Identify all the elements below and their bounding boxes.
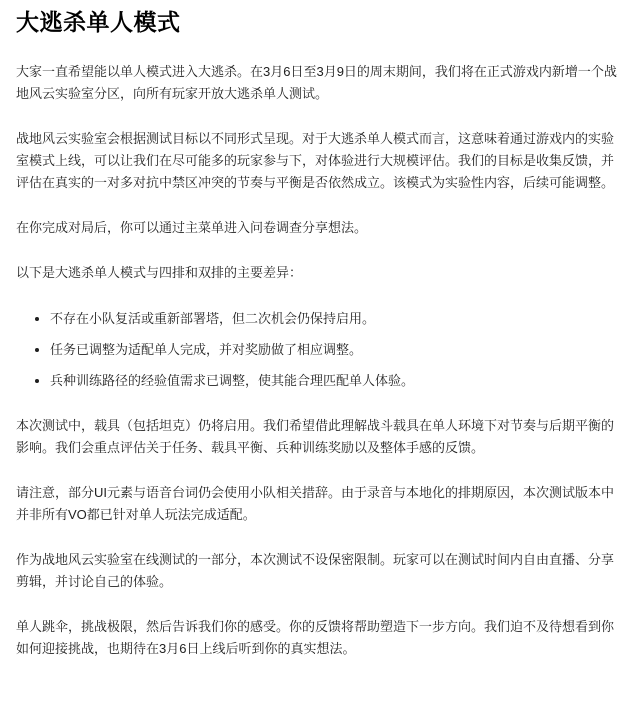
paragraph-labs-explanation: 战地风云实验室会根据测试目标以不同形式呈现。对于大逃杀单人模式而言，这意味着通过… — [16, 128, 617, 194]
list-item: 兵种训练路径的经验值需求已调整，使其能合理匹配单人体验。 — [50, 370, 617, 392]
paragraph-vehicles: 本次测试中，载具（包括坦克）仍将启用。我们希望借此理解战斗载具在单人环境下对节奏… — [16, 415, 617, 459]
paragraph-vo-notice: 请注意，部分UI元素与语音台词仍会使用小队相关措辞。由于录音与本地化的排期原因，… — [16, 482, 617, 526]
paragraph-survey: 在你完成对局后，你可以通过主菜单进入问卷调查分享想法。 — [16, 217, 617, 239]
list-item: 不存在小队复活或重新部署塔，但二次机会仍保持启用。 — [50, 308, 617, 330]
paragraph-intro: 大家一直希望能以单人模式进入大逃杀。在3月6日至3月9日的周末期间，我们将在正式… — [16, 61, 617, 105]
page: 大逃杀单人模式 大家一直希望能以单人模式进入大逃杀。在3月6日至3月9日的周末期… — [0, 0, 633, 706]
article: 大逃杀单人模式 大家一直希望能以单人模式进入大逃杀。在3月6日至3月9日的周末期… — [0, 0, 633, 678]
paragraph-differences-intro: 以下是大逃杀单人模式与四排和双排的主要差异： — [16, 262, 617, 284]
page-title: 大逃杀单人模式 — [16, 9, 617, 35]
paragraph-closing: 单人跳伞，挑战极限，然后告诉我们你的感受。你的反馈将帮助塑造下一步方向。我们迫不… — [16, 616, 617, 660]
paragraph-nda: 作为战地风云实验室在线测试的一部分，本次测试不设保密限制。玩家可以在测试时间内自… — [16, 549, 617, 593]
differences-list: 不存在小队复活或重新部署塔，但二次机会仍保持启用。 任务已调整为适配单人完成，并… — [16, 308, 617, 392]
list-item: 任务已调整为适配单人完成，并对奖励做了相应调整。 — [50, 339, 617, 361]
